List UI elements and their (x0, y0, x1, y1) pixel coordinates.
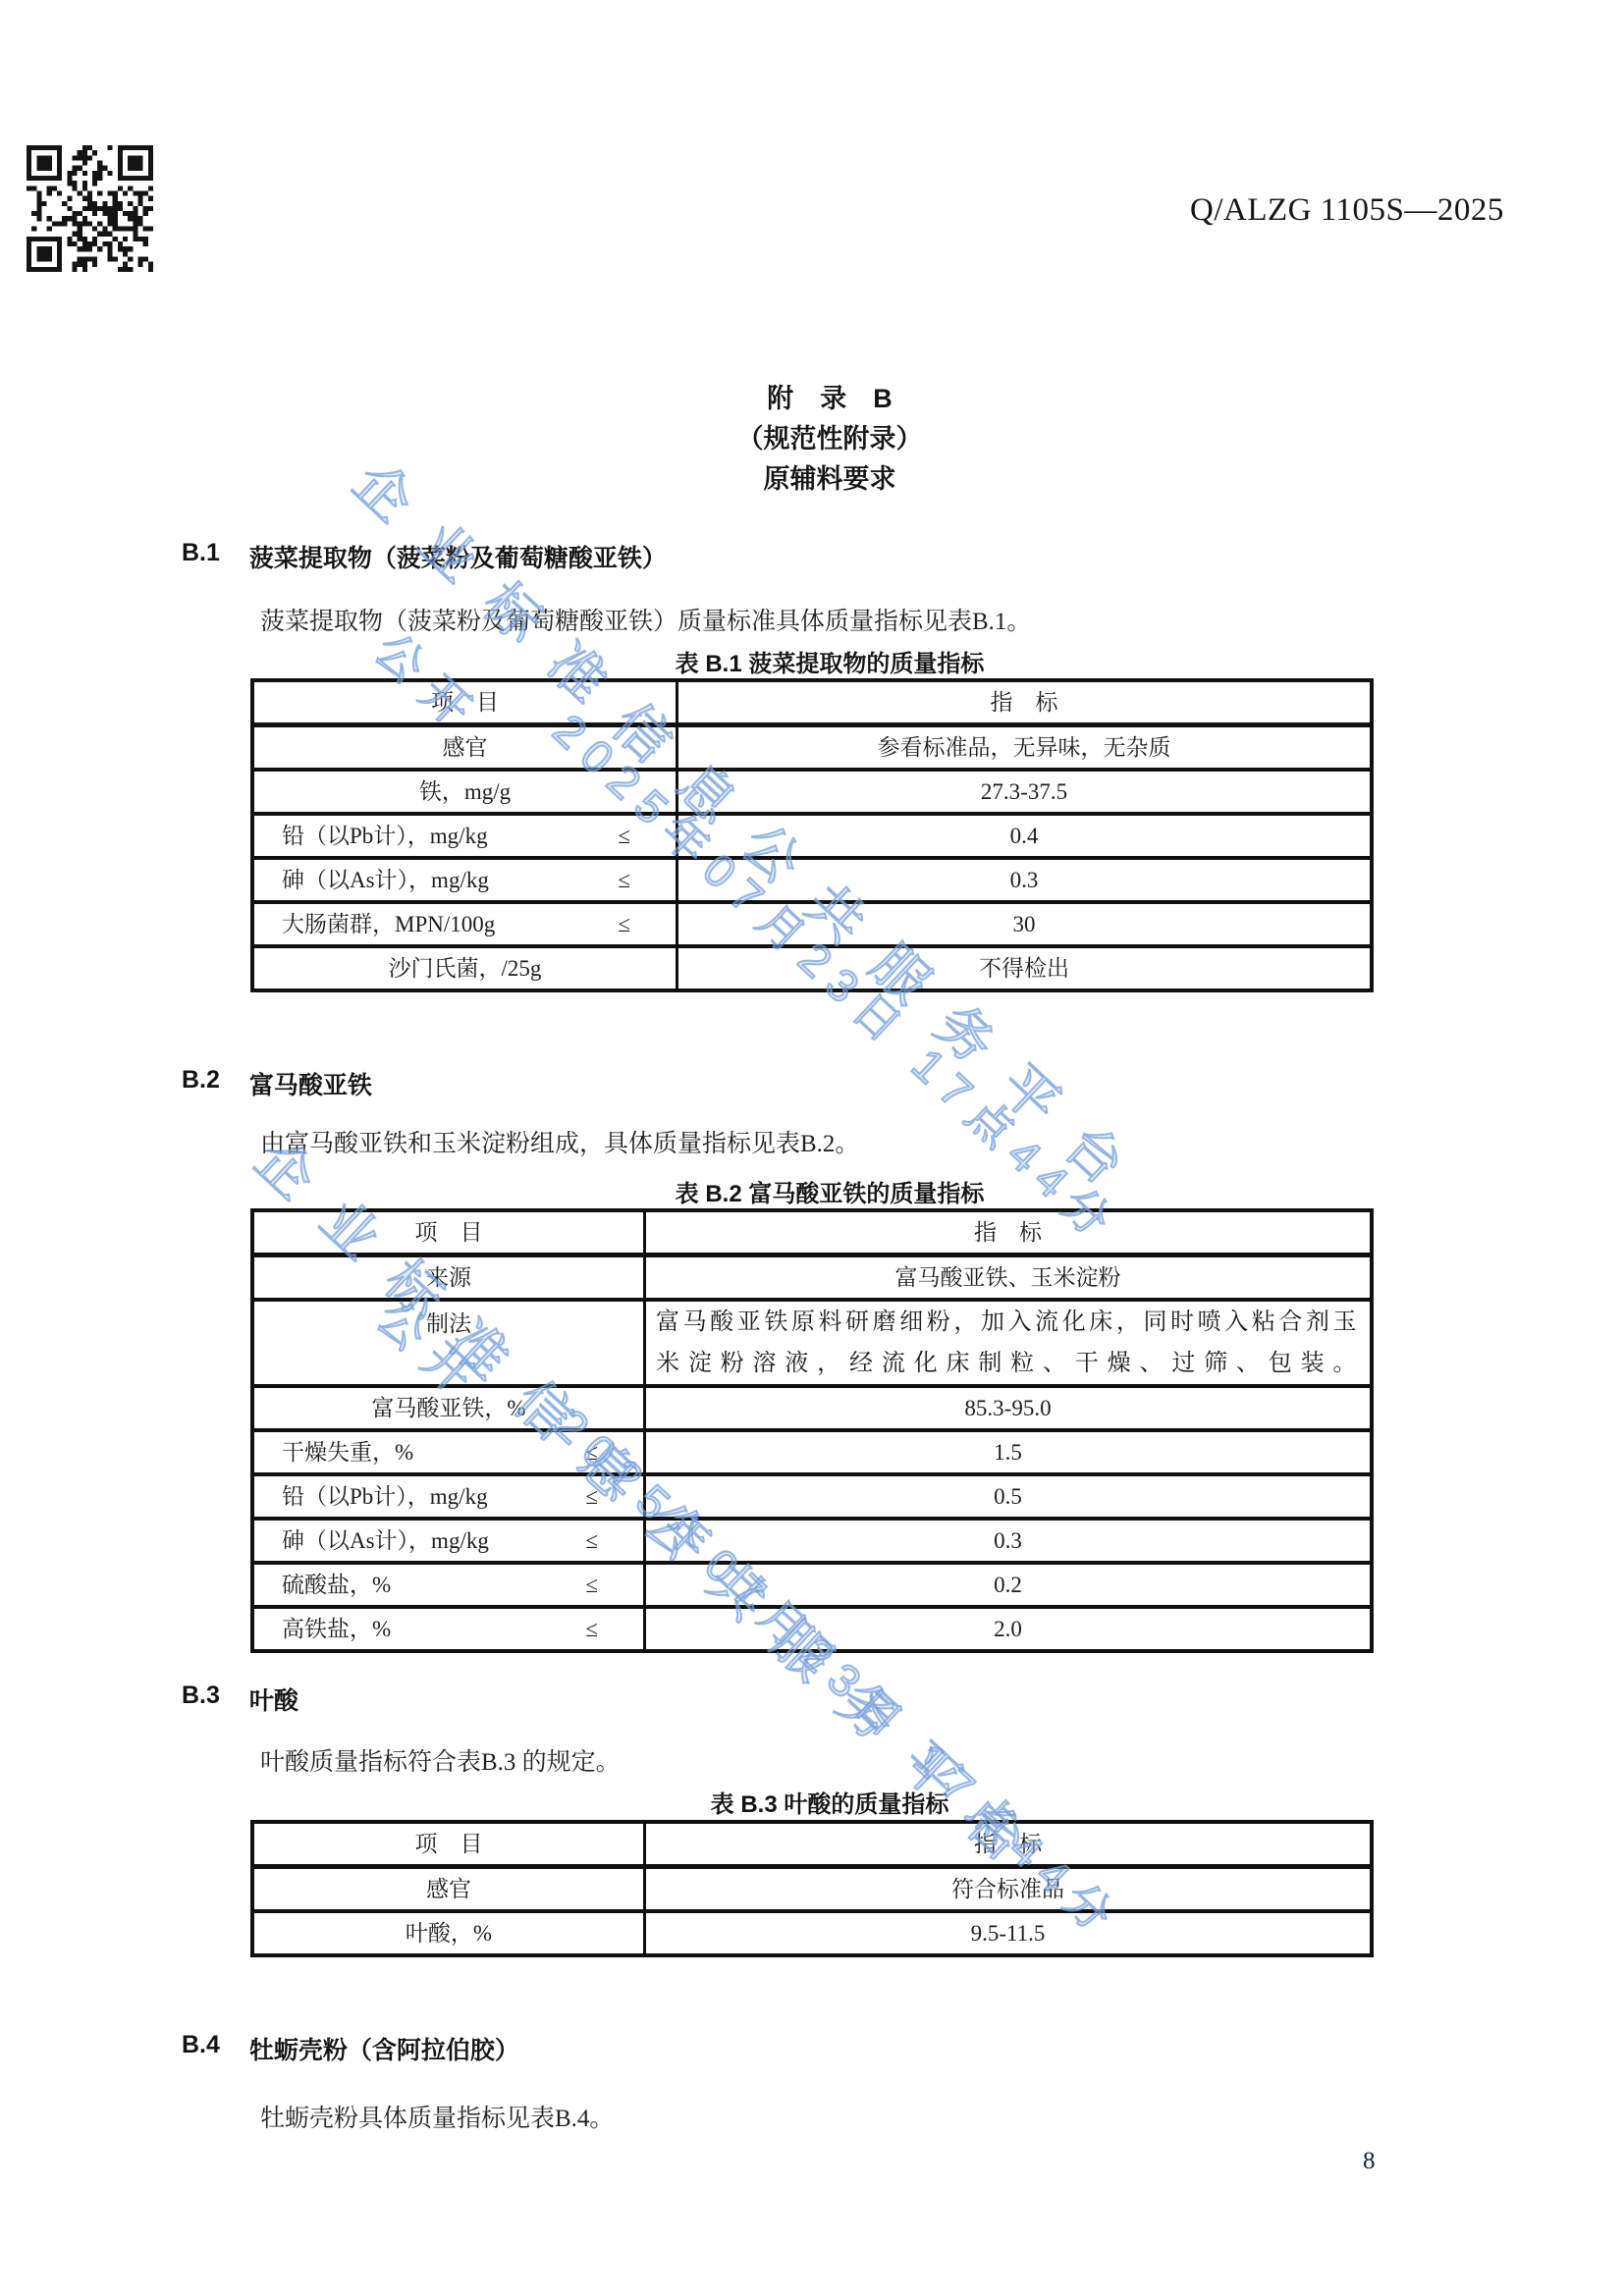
table-row: 叶酸，% 9.5-11.5 (254, 1913, 1370, 1953)
row-item: 硫酸盐，%≤ (254, 1565, 646, 1605)
row-item: 铁，mg/g (254, 772, 678, 812)
row-item: 砷（以As计），mg/kg≤ (254, 860, 678, 900)
row-item: 大肠菌群，MPN/100g≤ (254, 904, 678, 944)
row-value: 27.3-37.5 (678, 772, 1370, 812)
page-number: 8 (1363, 2148, 1376, 2175)
column-header-value: 指 标 (678, 682, 1370, 722)
table-header-row: 项 目 指 标 (254, 1212, 1370, 1257)
section-heading-b1: B.1 菠菜提取物（菠菜粉及葡萄糖酸亚铁） (182, 539, 667, 574)
row-item: 铅（以Pb计），mg/kg≤ (254, 1476, 646, 1517)
leq-symbol: ≤ (585, 1432, 598, 1472)
section-heading-b2: B.2 富马酸亚铁 (182, 1066, 372, 1101)
row-item: 富马酸亚铁，% (254, 1388, 646, 1428)
row-item: 干燥失重，%≤ (254, 1432, 646, 1472)
table-row: 大肠菌群，MPN/100g≤ 30 (254, 904, 1370, 948)
row-item: 沙门氏菌，/25g (254, 948, 678, 988)
table-title-b3: 表 B.3 叶酸的质量指标 (250, 1785, 1409, 1819)
row-value: 富马酸亚铁、玉米淀粉 (646, 1257, 1370, 1298)
table-row: 感官 参看标准品，无异味，无杂质 (254, 727, 1370, 772)
section-number: B.1 (182, 539, 220, 574)
table-title-b1: 表 B.1 菠菜提取物的质量指标 (250, 644, 1409, 678)
quality-table-b3: 项 目 指 标 感官 符合标准品 叶酸，% 9.5-11.5 (250, 1820, 1374, 1957)
row-value: 9.5-11.5 (646, 1913, 1370, 1953)
row-value: 85.3-95.0 (646, 1388, 1370, 1428)
appendix-title: 附 录 B (250, 379, 1409, 419)
section-heading-b4: B.4 牡蛎壳粉（含阿拉伯胶） (182, 2031, 519, 2066)
row-value: 0.3 (646, 1521, 1370, 1561)
document-page: Q/ALZG 1105S—2025 附 录 B （规范性附录） 原辅料要求 B.… (0, 0, 1624, 2296)
row-value: 富马酸亚铁原料研磨细粉，加入流化床，同时喷入粘合剂玉米淀粉溶液，经流化床制粒、干… (646, 1302, 1370, 1384)
column-header-value: 指 标 (646, 1212, 1370, 1253)
leq-symbol: ≤ (585, 1476, 598, 1517)
table-row: 感官 符合标准品 (254, 1869, 1370, 1913)
section-paragraph-b3: 叶酸质量指标符合表B.3 的规定。 (211, 1742, 1438, 1778)
table-title-b2: 表 B.2 富马酸亚铁的质量指标 (250, 1174, 1409, 1208)
leq-symbol: ≤ (618, 816, 630, 856)
qr-code (26, 145, 154, 272)
appendix-name: 原辅料要求 (250, 459, 1409, 500)
row-value: 0.3 (678, 860, 1370, 900)
row-value: 0.2 (646, 1565, 1370, 1605)
section-title: 富马酸亚铁 (249, 1066, 372, 1101)
quality-table-b2: 项 目 指 标 来源 富马酸亚铁、玉米淀粉 制法 富马酸亚铁原料研磨细粉，加入流… (250, 1208, 1374, 1653)
table-row: 高铁盐，%≤ 2.0 (254, 1609, 1370, 1649)
table-row: 富马酸亚铁，% 85.3-95.0 (254, 1388, 1370, 1432)
table-row: 制法 富马酸亚铁原料研磨细粉，加入流化床，同时喷入粘合剂玉米淀粉溶液，经流化床制… (254, 1302, 1370, 1388)
table-row: 砷（以As计），mg/kg≤ 0.3 (254, 1521, 1370, 1565)
row-value: 符合标准品 (646, 1869, 1370, 1909)
leq-symbol: ≤ (585, 1565, 598, 1605)
row-value: 参看标准品，无异味，无杂质 (678, 727, 1370, 768)
section-number: B.3 (182, 1682, 220, 1717)
section-paragraph-b1: 菠菜提取物（菠菜粉及葡萄糖酸亚铁）质量标准具体质量指标见表B.1。 (211, 602, 1438, 637)
table-row: 铅（以Pb计），mg/kg≤ 0.4 (254, 816, 1370, 860)
table-row: 来源 富马酸亚铁、玉米淀粉 (254, 1257, 1370, 1302)
appendix-subtitle: （规范性附录） (250, 419, 1409, 459)
leq-symbol: ≤ (585, 1609, 598, 1649)
row-item: 高铁盐，%≤ (254, 1609, 646, 1649)
table-header-row: 项 目 指 标 (254, 682, 1370, 727)
section-number: B.2 (182, 1066, 220, 1101)
leq-symbol: ≤ (618, 904, 630, 944)
row-value: 不得检出 (678, 948, 1370, 988)
row-item: 感官 (254, 727, 678, 768)
document-code: Q/ALZG 1105S—2025 (1190, 192, 1485, 229)
section-number: B.4 (182, 2031, 220, 2066)
section-title: 牡蛎壳粉（含阿拉伯胶） (249, 2031, 519, 2066)
quality-table-b1: 项 目 指 标 感官 参看标准品，无异味，无杂质 铁，mg/g 27.3-37.… (250, 678, 1374, 992)
table-row: 铁，mg/g 27.3-37.5 (254, 772, 1370, 816)
column-header-value: 指 标 (646, 1824, 1370, 1864)
table-header-row: 项 目 指 标 (254, 1824, 1370, 1869)
leq-symbol: ≤ (618, 860, 630, 900)
section-title: 叶酸 (249, 1682, 298, 1717)
row-value: 0.5 (646, 1476, 1370, 1517)
row-item: 感官 (254, 1869, 646, 1909)
row-value: 0.4 (678, 816, 1370, 856)
row-item: 铅（以Pb计），mg/kg≤ (254, 816, 678, 856)
row-item: 叶酸，% (254, 1913, 646, 1953)
column-header-item: 项 目 (254, 1824, 646, 1864)
section-title: 菠菜提取物（菠菜粉及葡萄糖酸亚铁） (249, 539, 667, 574)
row-value: 1.5 (646, 1432, 1370, 1472)
table-row: 干燥失重，%≤ 1.5 (254, 1432, 1370, 1476)
row-item: 来源 (254, 1257, 646, 1298)
table-row: 砷（以As计），mg/kg≤ 0.3 (254, 860, 1370, 904)
column-header-item: 项 目 (254, 682, 678, 722)
leq-symbol: ≤ (585, 1521, 598, 1561)
section-paragraph-b4: 牡蛎壳粉具体质量指标见表B.4。 (211, 2099, 1438, 2134)
row-item: 制法 (254, 1302, 646, 1384)
row-value: 30 (678, 904, 1370, 944)
table-row: 硫酸盐，%≤ 0.2 (254, 1565, 1370, 1609)
column-header-item: 项 目 (254, 1212, 646, 1253)
section-paragraph-b2: 由富马酸亚铁和玉米淀粉组成，具体质量指标见表B.2。 (211, 1124, 1438, 1159)
section-heading-b3: B.3 叶酸 (182, 1682, 298, 1717)
table-row: 沙门氏菌，/25g 不得检出 (254, 948, 1370, 988)
row-item: 砷（以As计），mg/kg≤ (254, 1521, 646, 1561)
row-value: 2.0 (646, 1609, 1370, 1649)
appendix-title-block: 附 录 B （规范性附录） 原辅料要求 (250, 379, 1409, 500)
table-row: 铅（以Pb计），mg/kg≤ 0.5 (254, 1476, 1370, 1521)
